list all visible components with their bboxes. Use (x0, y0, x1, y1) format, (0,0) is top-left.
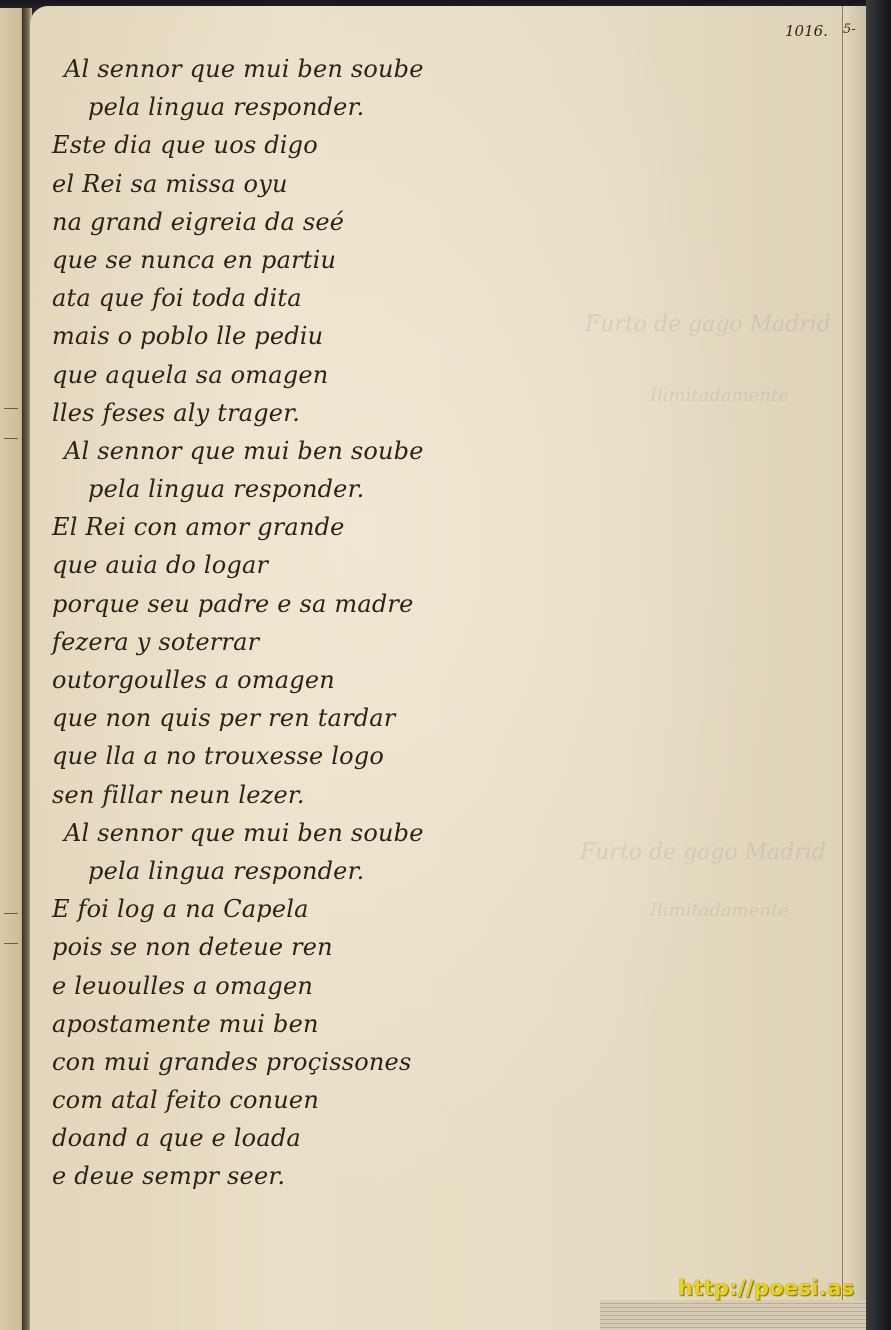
watermark-link[interactable]: http://poesi.as (678, 1276, 854, 1300)
verse-line: e deue sempr seer. (52, 1157, 472, 1195)
page-stack-bottom (600, 1300, 866, 1330)
bleed-through-text: Furto de gago Madrid (580, 840, 826, 865)
folio-mark: 5- (843, 22, 856, 37)
bleed-through-text: Ilimitadamente (650, 385, 789, 406)
refrain-line: pela lingua responder. (52, 470, 472, 508)
page-stack-edge (842, 6, 867, 1330)
refrain-line: pela lingua responder. (52, 88, 472, 126)
left-page-rule (4, 438, 18, 439)
bleed-through-text: Ilimitadamente (650, 900, 789, 921)
verse-line: doand a que e loada (52, 1119, 472, 1157)
left-page-rule (4, 943, 18, 944)
verse-line: que auia do logar (52, 546, 472, 584)
refrain-line: Al sennor que mui ben soube (52, 814, 472, 852)
refrain-line: pela lingua responder. (52, 852, 472, 890)
refrain-line: Al sennor que mui ben soube (52, 432, 472, 470)
verse-line: na grand eigreia da seé (52, 203, 472, 241)
verse-line: com atal feito conuen (52, 1081, 472, 1119)
refrain-line: Al sennor que mui ben soube (52, 50, 472, 88)
verse-line: outorgoulles a omagen (52, 661, 472, 699)
verse-line: E foi log a na Capela (52, 890, 472, 928)
verse-line: que non quis per ren tardar (52, 699, 472, 737)
verse-line: sen fillar neun lezer. (52, 776, 472, 814)
right-background (866, 0, 891, 1330)
bleed-through-text: Furto de gago Madrid (585, 312, 831, 337)
verse-line: lles feses aly trager. (52, 394, 472, 432)
verse-line: que se nunca en partiu (52, 241, 472, 279)
verse-line: mais o poblo lle pediu (52, 317, 472, 355)
folio-number: 1016. (785, 22, 828, 40)
verse-text: Al sennor que mui ben soubepela lingua r… (52, 50, 472, 1196)
verse-line: e leuoulles a omagen (52, 967, 472, 1005)
verse-line: que aquela sa omagen (52, 356, 472, 394)
verse-line: fezera y soterrar (52, 623, 472, 661)
verse-line: El Rei con amor grande (52, 508, 472, 546)
verse-line: el Rei sa missa oyu (52, 165, 472, 203)
verse-line: que lla a no trouxesse logo (52, 737, 472, 775)
verse-line: Este dia que uos digo (52, 126, 472, 164)
verse-line: porque seu padre e sa madre (52, 585, 472, 623)
left-page-rule (4, 408, 18, 409)
verse-line: pois se non deteue ren (52, 928, 472, 966)
verse-line: con mui grandes proçissones (52, 1043, 472, 1081)
verse-line: apostamente mui ben (52, 1005, 472, 1043)
left-page-rule (4, 913, 18, 914)
verse-line: ata que foi toda dita (52, 279, 472, 317)
